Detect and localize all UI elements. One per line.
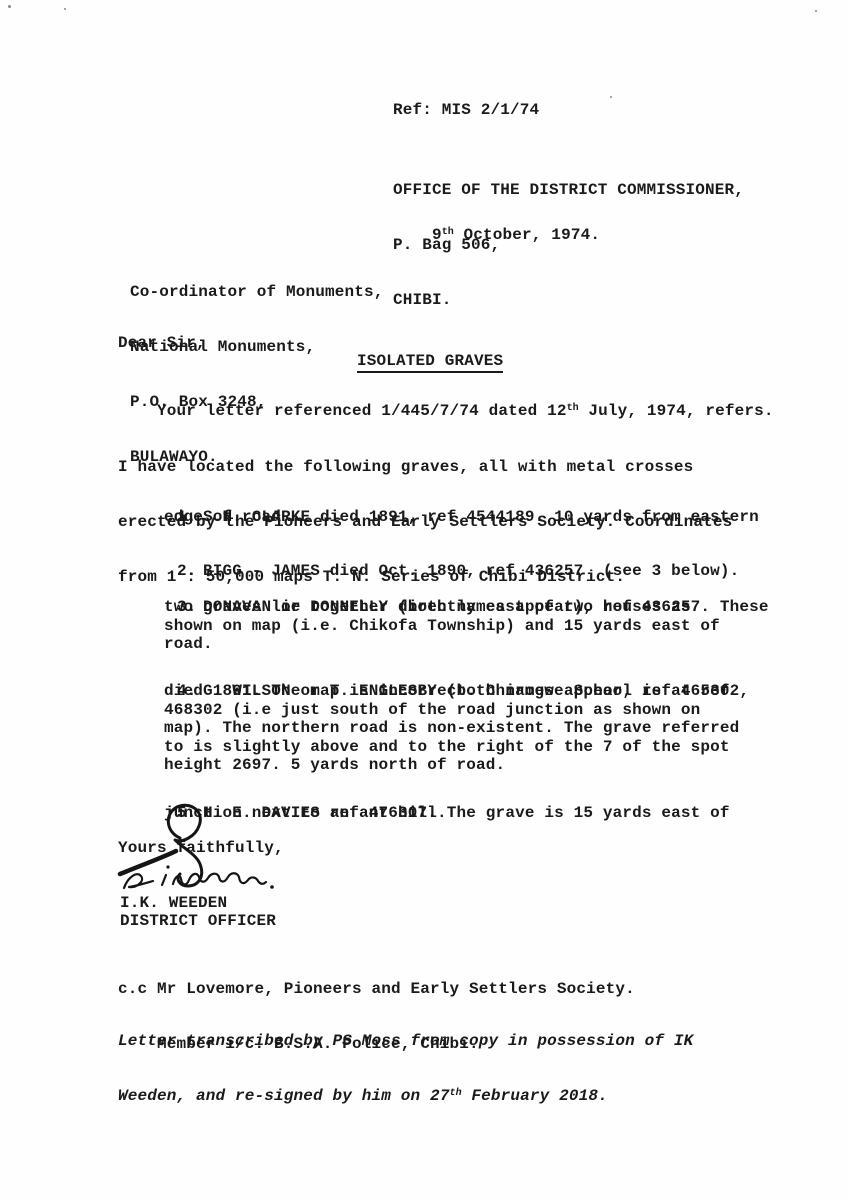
recipient-line: Co-ordinator of Monuments, <box>130 283 384 301</box>
signatory-title: DISTRICT OFFICER <box>120 912 276 930</box>
signature-scribble <box>110 800 290 905</box>
transcription-text: February 2018. <box>462 1087 608 1105</box>
para1-text: July, 1974, refers. <box>579 402 774 420</box>
scan-speck <box>815 10 817 12</box>
scan-speck <box>64 8 66 10</box>
item4-line: 468302 (i.e just south of the road junct… <box>164 701 700 719</box>
letter-page: Ref: MIS 2/1/74 OFFICE OF THE DISTRICT C… <box>0 0 846 1200</box>
transcription-note: Letter transcribed by PS Moss from copy … <box>118 995 693 1142</box>
scan-speck <box>610 96 612 98</box>
item4-line: height 2697. 5 yards north of road. <box>164 756 505 774</box>
date-day: 9 <box>432 226 442 244</box>
scan-speck <box>8 5 11 8</box>
item1-line: edge of road <box>164 508 281 526</box>
transcription-line: Weeden, and re-signed by him on 27th Feb… <box>118 1087 693 1105</box>
sender-town: CHIBI. <box>393 291 744 309</box>
item2-line: BIGG - JAMES died Oct. 1890, ref 436257 … <box>203 562 739 580</box>
item3-line: shown on map (i.e. Chikofa Township) and… <box>164 617 720 635</box>
transcription-line: Letter transcribed by PS Moss from copy … <box>118 1032 693 1050</box>
item3-line: road. <box>164 635 213 653</box>
transcription-ordinal: th <box>450 1088 462 1099</box>
date-rest: October, 1974. <box>454 226 600 244</box>
item4-line: map). The northern road is non-existent.… <box>164 719 739 737</box>
reference-number: Ref: MIS 2/1/74 <box>393 101 539 119</box>
signatory-name: I.K. WEEDEN <box>120 894 227 912</box>
para1-ordinal: th <box>567 403 579 414</box>
subject-heading: ISOLATED GRAVES <box>357 352 503 373</box>
item4-line: died 1891. The map is incorrect. Chirogw… <box>164 682 730 700</box>
salutation: Dear Sir, <box>118 334 206 352</box>
para1-text: Your letter referenced 1/445/7/74 dated … <box>157 402 567 420</box>
sender-office: OFFICE OF THE DISTRICT COMMISSIONER, <box>393 181 744 199</box>
paragraph-line: I have located the following graves, all… <box>118 458 732 476</box>
item4-line: to is slightly above and to the right of… <box>164 738 730 756</box>
transcription-text: Weeden, and re-signed by him on 27 <box>118 1087 450 1105</box>
letter-date: 9th October, 1974. <box>393 208 600 266</box>
item2-number: 2. <box>177 562 203 580</box>
item3-line: two graves lie together directly east of… <box>164 598 691 616</box>
item1-line: S.H. CLARKE died 1891, ref 4544189. 10 y… <box>203 508 759 526</box>
date-ordinal: th <box>442 227 454 238</box>
